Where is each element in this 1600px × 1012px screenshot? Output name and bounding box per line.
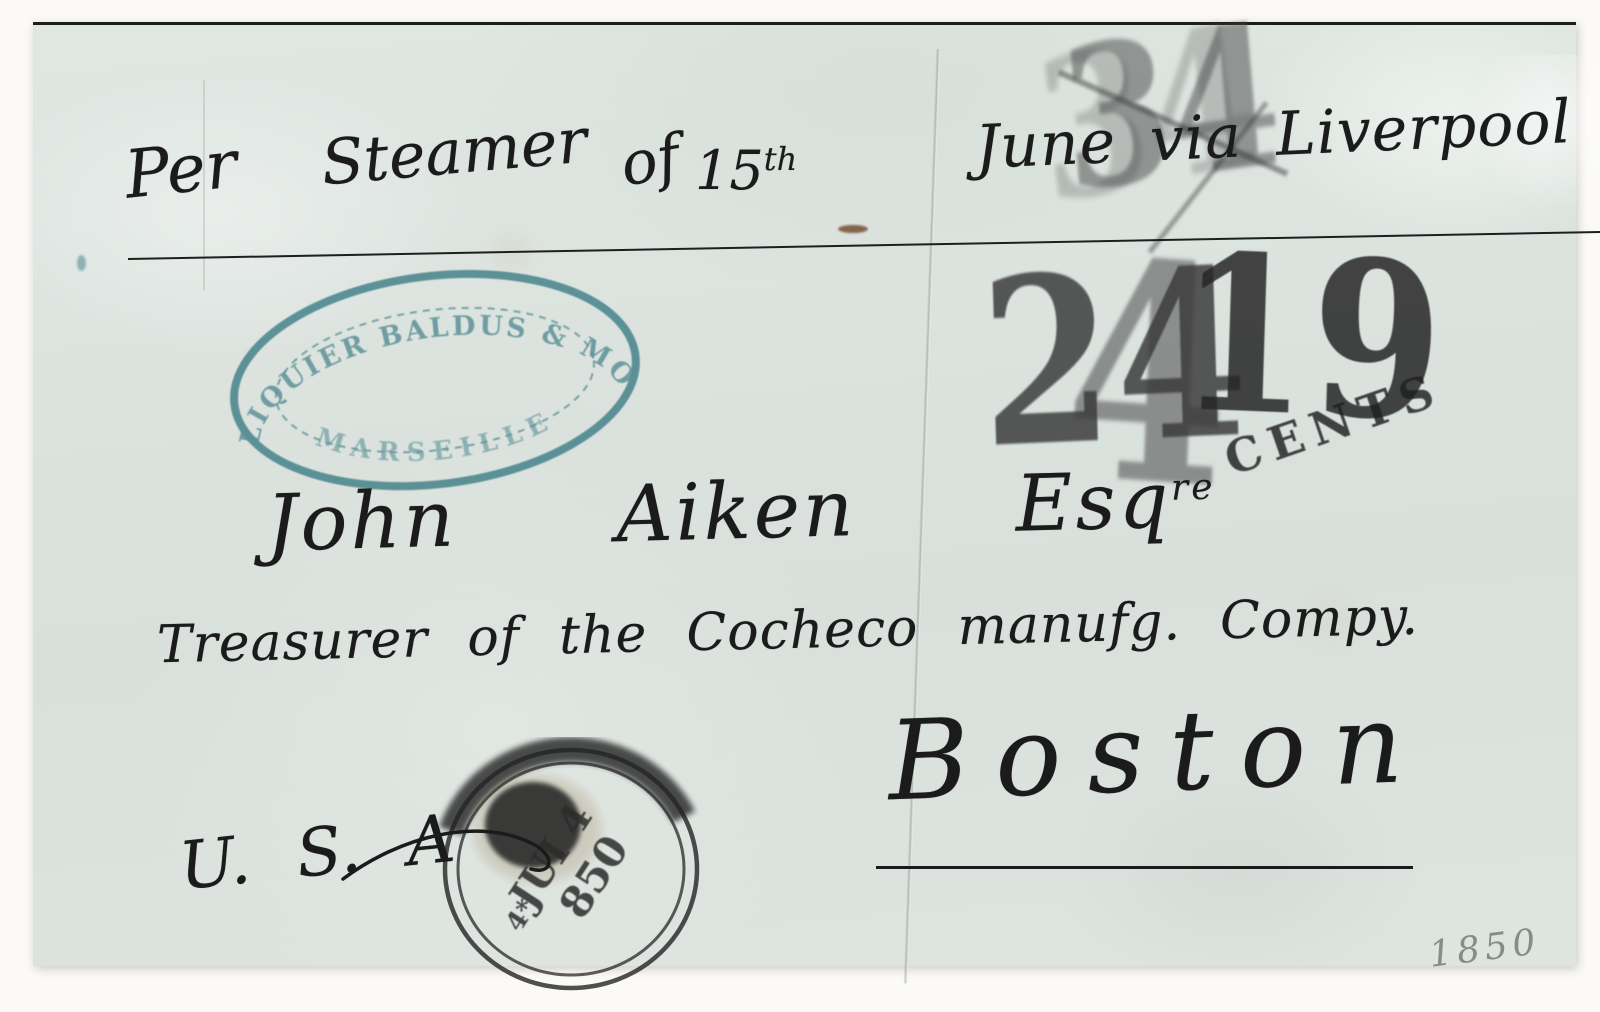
scanned-cover-scene: 34 34 Per Steamer of 15th June via Liver… — [0, 0, 1600, 1012]
brown-ink-speck — [838, 225, 868, 233]
routing-word-of: of — [616, 126, 684, 195]
addressee-name-line: John Aiken Esqre — [265, 461, 1217, 564]
honorific-text: Esq — [1014, 456, 1172, 550]
addressee-first-name: John — [265, 480, 458, 563]
folded-letter-cover: 34 34 Per Steamer of 15th June via Liver… — [33, 22, 1576, 966]
title-word: Cocheco — [686, 602, 919, 659]
routing-day-suffix: th — [764, 140, 797, 178]
city-underline — [876, 866, 1413, 869]
title-word: the — [559, 608, 648, 662]
routing-word-steamer: Steamer — [319, 110, 590, 195]
address-city: Boston — [886, 688, 1430, 817]
honorific-superscript: re — [1170, 467, 1216, 509]
addressee-honorific: Esqre — [1014, 461, 1216, 544]
flourish-stroke — [343, 831, 549, 879]
routing-day-number: 15 — [695, 139, 764, 202]
address-title-line: Treasurer of the Cocheco manufg. Compy. — [157, 591, 1420, 672]
pencil-year-note: 1850 — [1427, 924, 1542, 973]
title-word: of — [467, 611, 521, 664]
title-word: manufg. — [957, 596, 1181, 653]
addressee-last-name: Aiken — [615, 470, 857, 554]
routing-day: 15th — [695, 143, 797, 198]
teal-ink-speck — [77, 255, 86, 271]
title-word: Treasurer — [157, 613, 429, 671]
routing-word-per: Per — [122, 131, 240, 208]
oval-arc-top-text: LIQUIER BALDUS & MOU — [205, 237, 645, 455]
title-word: Compy. — [1220, 591, 1420, 647]
usa-flourish — [339, 807, 579, 902]
